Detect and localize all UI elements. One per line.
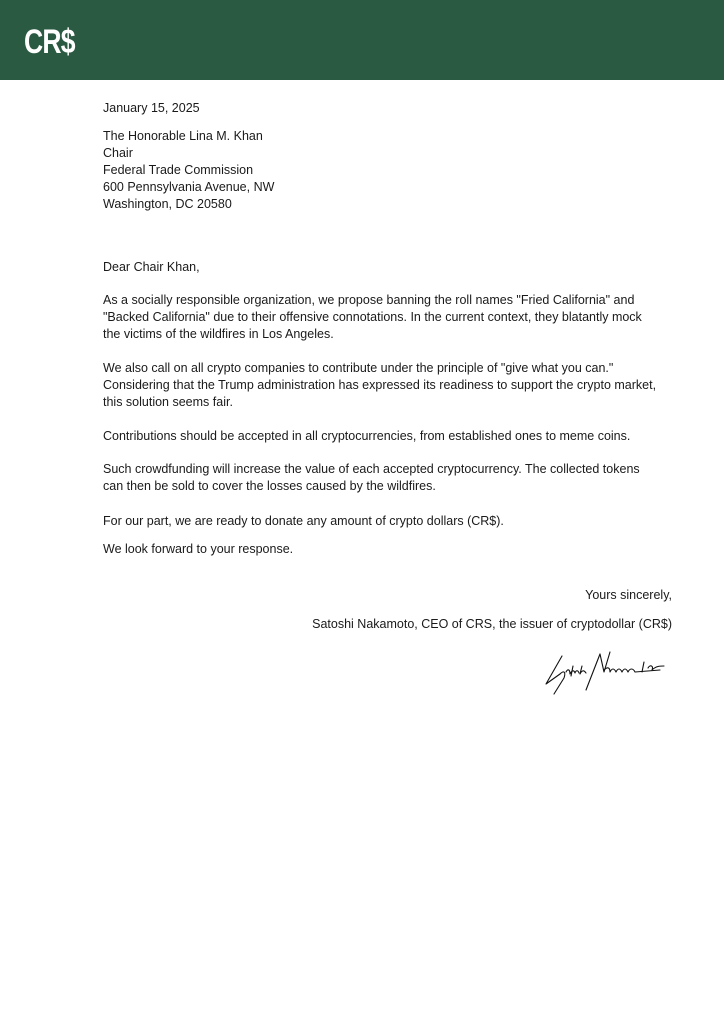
paragraph-line: Such crowdfunding will increase the valu… [103, 461, 640, 478]
paragraph-line: Considering that the Trump administratio… [103, 377, 656, 394]
signature-icon [540, 648, 675, 698]
recipient-line: Chair [103, 145, 133, 162]
signatory: Satoshi Nakamoto, CEO of CRS, the issuer… [312, 616, 672, 633]
paragraph-line: For our part, we are ready to donate any… [103, 513, 504, 530]
recipient-line: The Honorable Lina M. Khan [103, 128, 263, 145]
closing: Yours sincerely, [585, 587, 672, 604]
letterhead-banner: CR$ [0, 0, 724, 80]
recipient-line: Washington, DC 20580 [103, 196, 232, 213]
paragraph-line: "Backed California" due to their offensi… [103, 309, 642, 326]
paragraph-line: As a socially responsible organization, … [103, 292, 634, 309]
paragraph-line: We also call on all crypto companies to … [103, 360, 613, 377]
letter-date: January 15, 2025 [103, 100, 200, 117]
paragraph-line: this solution seems fair. [103, 394, 233, 411]
crs-logo: CR$ [24, 24, 75, 60]
paragraph-line: We look forward to your response. [103, 541, 293, 558]
paragraph-line: the victims of the wildfires in Los Ange… [103, 326, 334, 343]
recipient-line: 600 Pennsylvania Avenue, NW [103, 179, 274, 196]
salutation: Dear Chair Khan, [103, 259, 200, 276]
paragraph-line: Contributions should be accepted in all … [103, 428, 630, 445]
recipient-line: Federal Trade Commission [103, 162, 253, 179]
paragraph-line: can then be sold to cover the losses cau… [103, 478, 436, 495]
